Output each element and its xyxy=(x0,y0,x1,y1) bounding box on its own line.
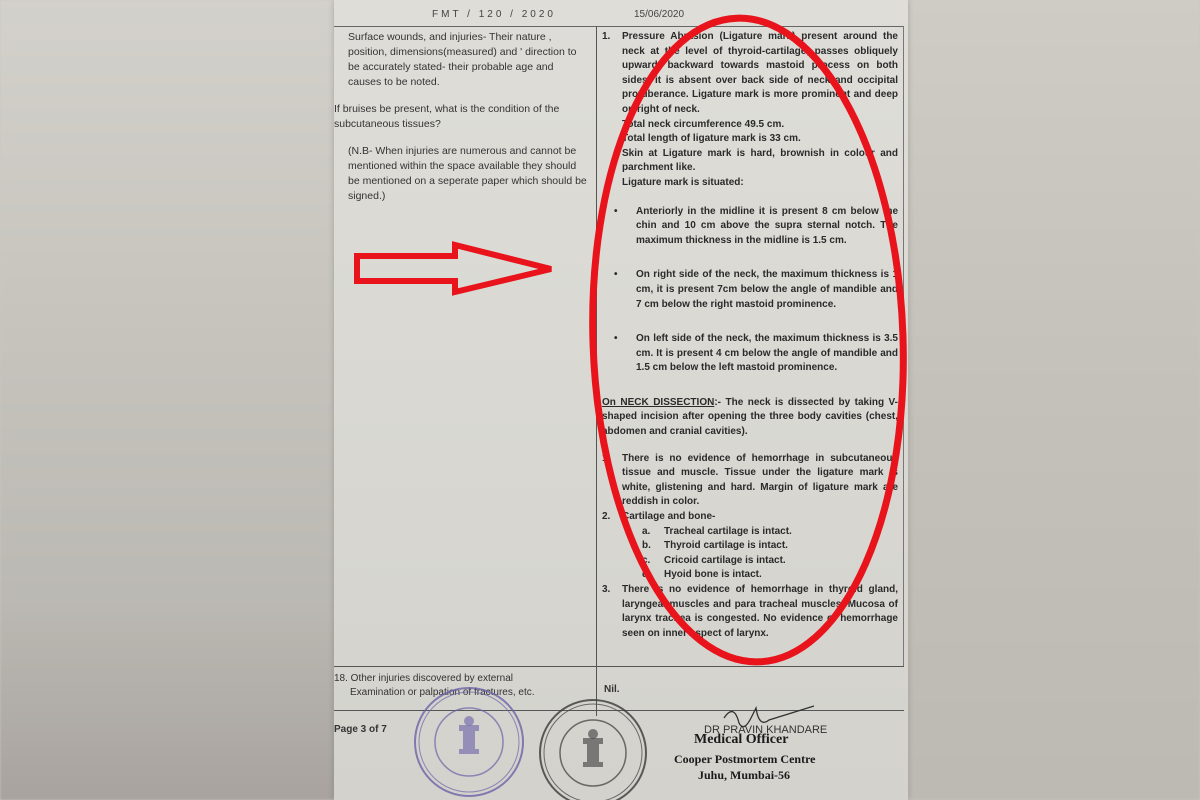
postmortem-report-page: FMT / 120 / 2020 15/06/2020 Surface woun… xyxy=(334,0,908,800)
form-questions-column: Surface wounds, and injuries- Their natu… xyxy=(334,30,589,216)
finding-item-1: 1. Pressure Abrasion (Ligature mark) pre… xyxy=(602,30,898,191)
row-18-top-border xyxy=(334,666,904,667)
neck-circumference: Total neck circumference 49.5 cm. xyxy=(622,118,898,133)
question-bruises: If bruises be present, what is the condi… xyxy=(334,102,589,132)
page-number: Page 3 of 7 xyxy=(334,724,387,735)
situated-label: Ligature mark is situated: xyxy=(622,176,898,191)
question-surface-wounds: Surface wounds, and injuries- Their natu… xyxy=(334,30,589,90)
skin-note: Skin at Ligature mark is hard, brownish … xyxy=(622,147,898,176)
neck-dissection-section: On NECK DISSECTION:- The neck is dissect… xyxy=(602,396,898,440)
table-top-border xyxy=(334,26,904,27)
dissection-finding-2: 2. Cartilage and bone- xyxy=(602,510,898,525)
bullet-anterior: •Anteriorly in the midline it is present… xyxy=(614,205,898,249)
ligature-length: Total length of ligature mark is 33 cm. xyxy=(622,132,898,147)
neck-dissection-heading: On NECK DISSECTION xyxy=(602,397,714,408)
table-right-border xyxy=(903,26,904,666)
cartilage-item: c.Cricoid cartilage is intact. xyxy=(642,554,898,569)
blurred-right-background xyxy=(908,0,1200,800)
cartilage-item: b.Thyroid cartilage is intact. xyxy=(642,539,898,554)
cartilage-item: d.Hyoid bone is intact. xyxy=(642,568,898,583)
blurred-left-background xyxy=(0,0,335,800)
column-divider xyxy=(596,26,597,716)
dissection-finding-3: 3. There is no evidence of hemorrhage in… xyxy=(602,583,898,641)
bullet-left-side: •On left side of the neck, the maximum t… xyxy=(614,332,898,376)
row-18-value: Nil. xyxy=(604,684,620,695)
official-seal-stamp-1 xyxy=(412,685,527,800)
form-id: FMT / 120 / 2020 xyxy=(432,9,556,20)
dissection-finding-1: 1. There is no evidence of hemorrhage in… xyxy=(602,452,898,510)
report-date: 15/06/2020 xyxy=(634,9,684,20)
note-numerous-injuries: (N.B- When injuries are numerous and can… xyxy=(334,144,589,204)
bullet-right-side: •On right side of the neck, the maximum … xyxy=(614,268,898,312)
cartilage-list: a.Tracheal cartilage is intact. b.Thyroi… xyxy=(642,525,898,583)
findings-column: 1. Pressure Abrasion (Ligature mark) pre… xyxy=(602,30,898,641)
cartilage-item: a.Tracheal cartilage is intact. xyxy=(642,525,898,540)
official-seal-stamp-2 xyxy=(538,698,648,800)
ligature-description: Pressure Abrasion (Ligature mark) presen… xyxy=(622,30,898,118)
